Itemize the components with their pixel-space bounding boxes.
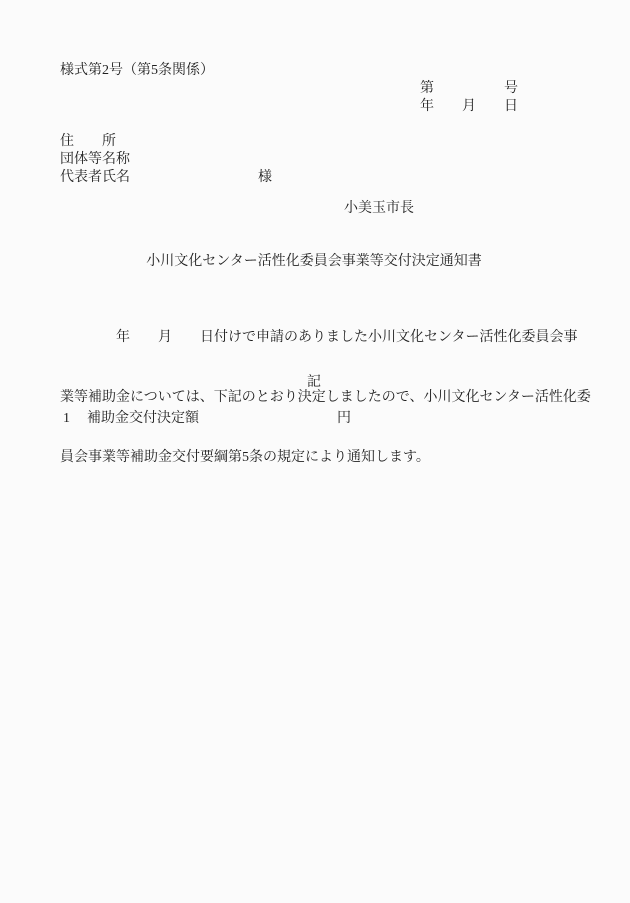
- item-unit: 円: [337, 410, 351, 428]
- item-number: 1: [63, 410, 70, 428]
- document-page: 様式第2号（第5条関係） 第 号 年 月 日 住 所 団体等名称 代表者氏名 様…: [0, 0, 630, 903]
- body-paragraph: 年 月 日付けで申請のありました小川文化センター活性化委員会事 業等補助金につい…: [60, 288, 580, 508]
- body-line-1: 年 月 日付けで申請のありました小川文化センター活性化委員会事: [60, 328, 580, 348]
- recipient-representative-label: 代表者氏名: [60, 169, 130, 187]
- item-label: 補助金交付決定額: [87, 410, 199, 428]
- record-marker: 記: [60, 374, 568, 392]
- body-line-3: 員会事業等補助金交付要綱第5条の規定により通知します。: [60, 448, 580, 468]
- date-line: 年 月 日: [420, 98, 518, 116]
- recipient-organization-label: 団体等名称: [60, 151, 130, 169]
- recipient-honorific: 様: [258, 169, 272, 187]
- form-number-note: 様式第2号（第5条関係）: [60, 62, 214, 80]
- doc-number-line: 第 号: [420, 80, 518, 98]
- sender-name: 小美玉市長: [344, 200, 414, 218]
- document-title: 小川文化センター活性化委員会事業等交付決定通知書: [60, 253, 568, 271]
- recipient-address-label: 住 所: [60, 133, 116, 151]
